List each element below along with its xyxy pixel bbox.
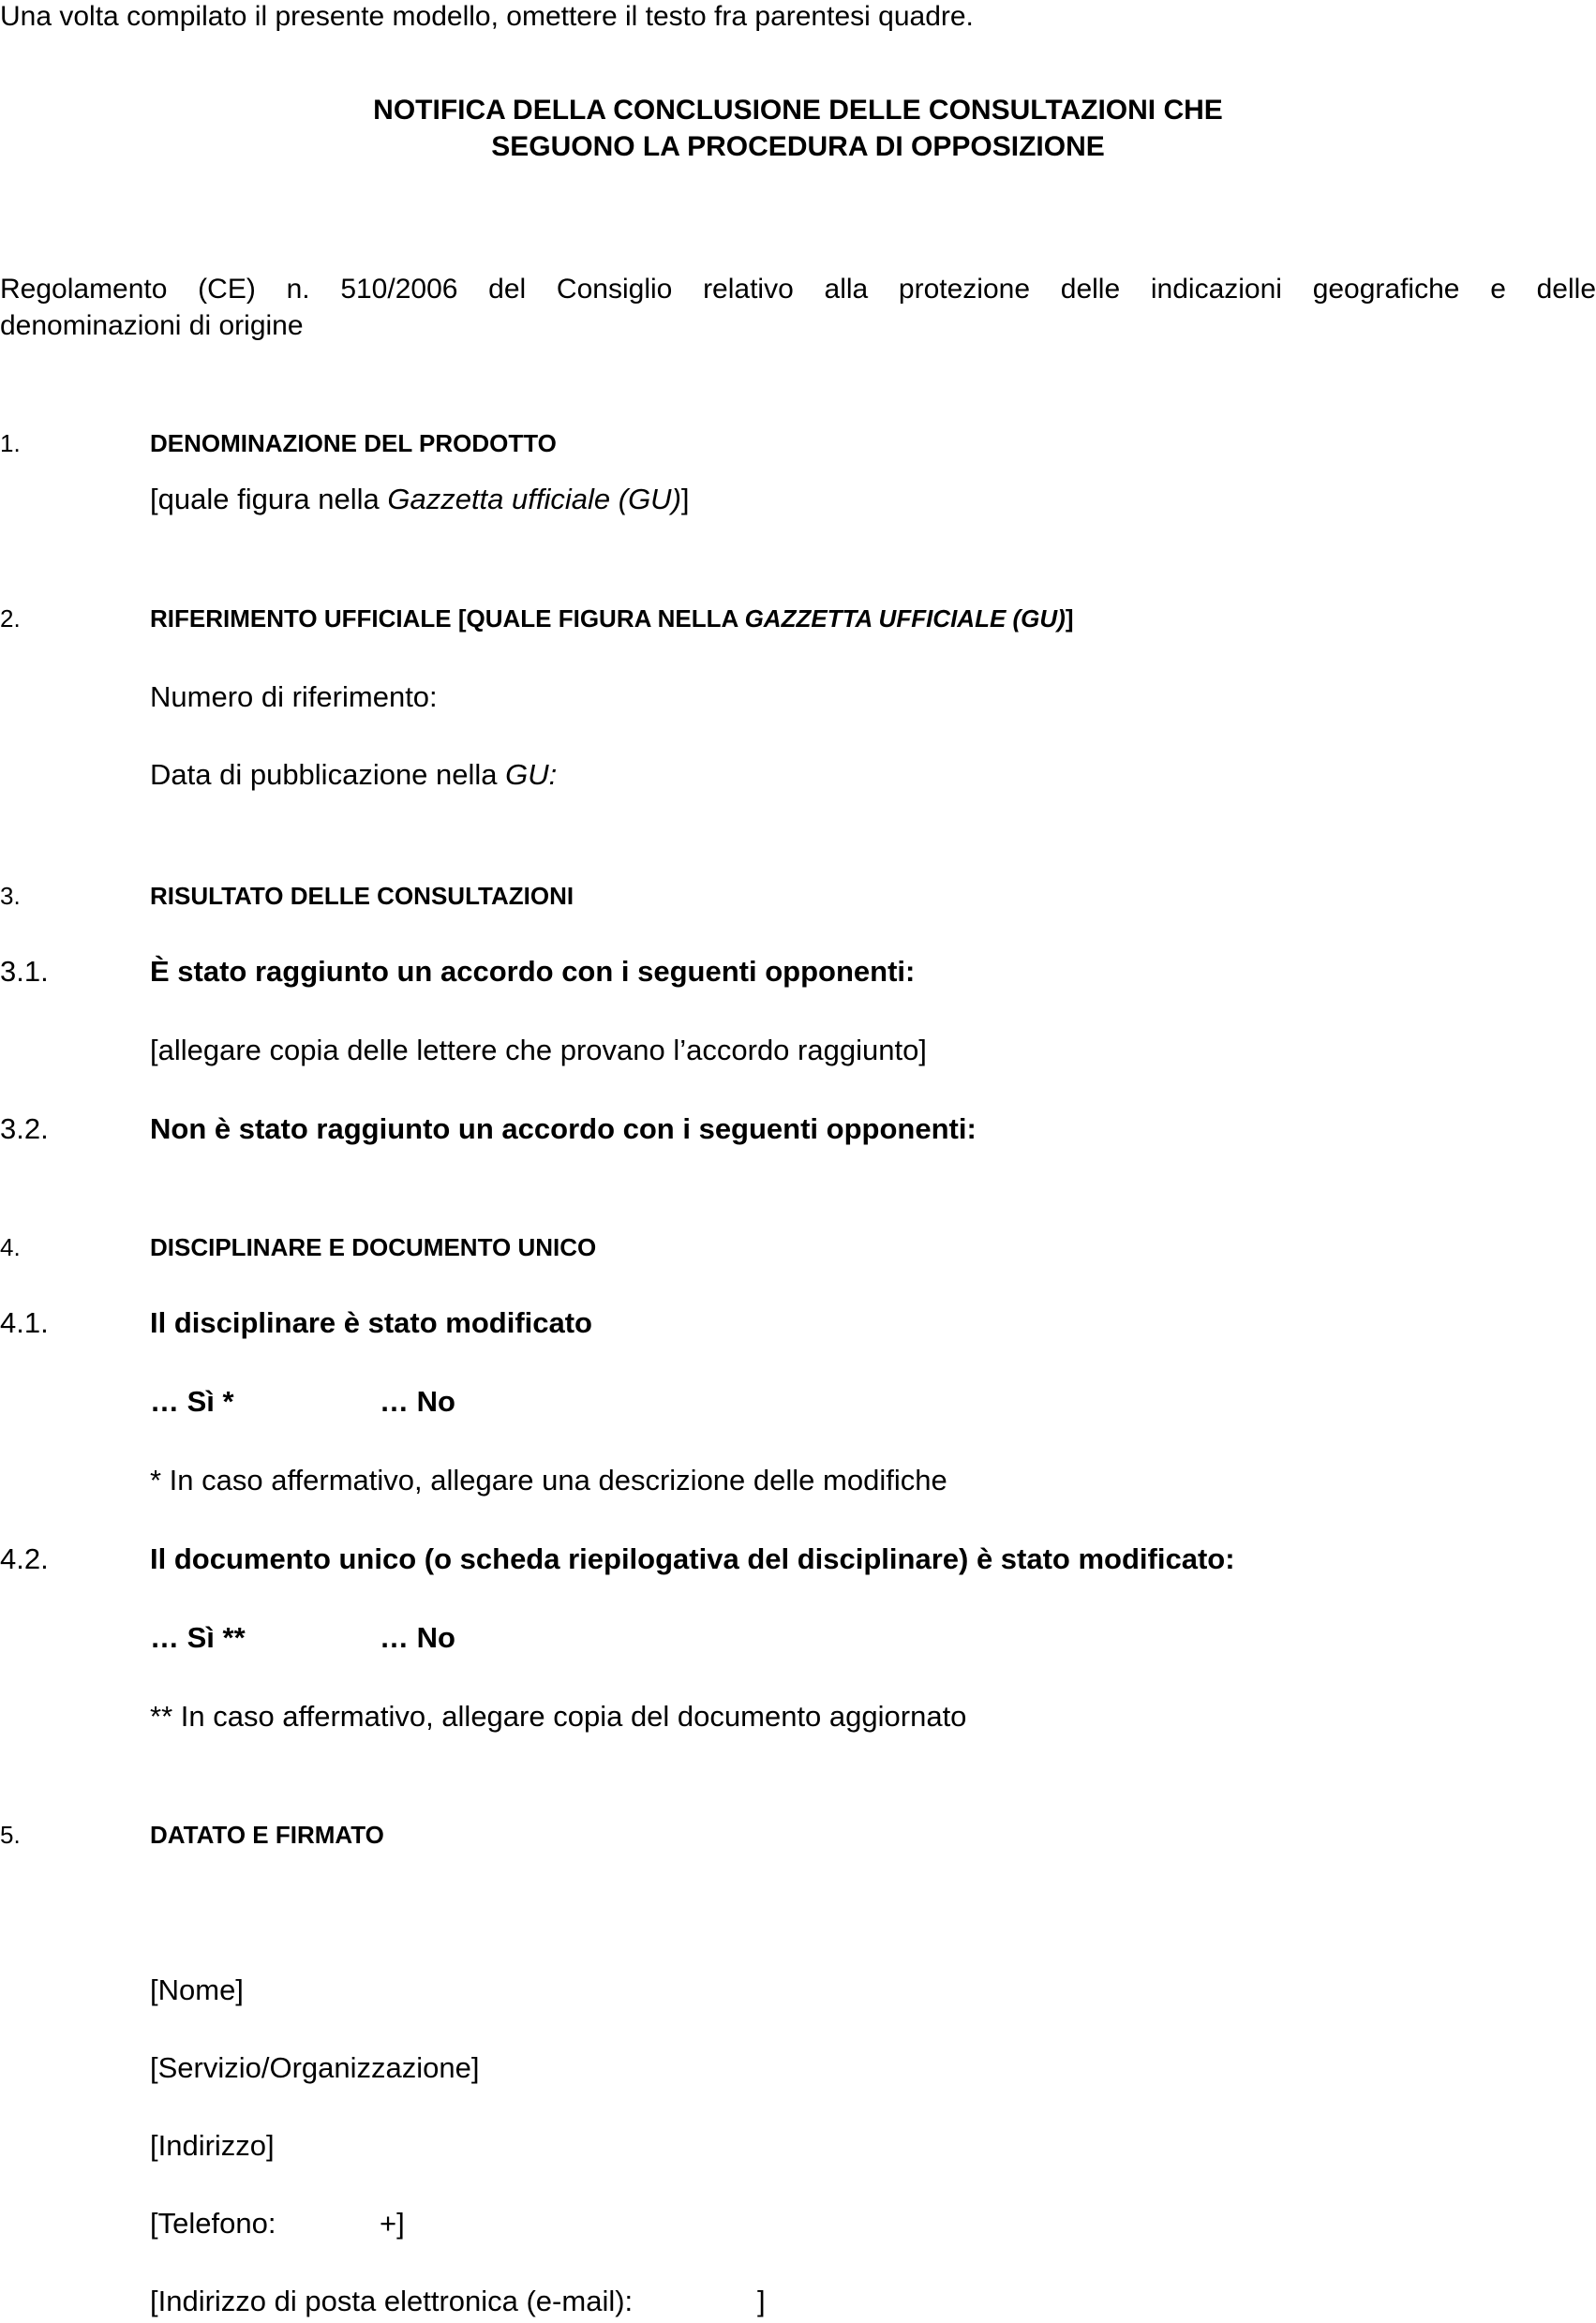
document-title: NOTIFICA DELLA CONCLUSIONE DELLE CONSULT… (0, 92, 1596, 165)
section-1-body-prefix: [quale figura nella (150, 483, 387, 515)
regulation-line-1: Regolamento (CE) n. 510/2006 del Consigl… (0, 271, 1596, 307)
section-5-number: 5. (0, 1821, 21, 1850)
section-4-1-option-yes[interactable]: … Sì * (150, 1385, 234, 1419)
regulation-reference: Regolamento (CE) n. 510/2006 del Consigl… (0, 271, 1596, 344)
section-4-2-option-yes[interactable]: … Sì ** (150, 1621, 246, 1655)
section-3-heading: RISULTATO DELLE CONSULTAZIONI (150, 882, 574, 911)
section-1-body-italic: Gazzetta ufficiale (GU) (387, 483, 681, 515)
section-1-heading: DENOMINAZIONE DEL PRODOTTO (150, 429, 557, 458)
section-3-1-body: [allegare copia delle lettere che provan… (150, 1034, 927, 1067)
section-4-2-heading: Il documento unico (o scheda riepilogati… (150, 1542, 1235, 1576)
intro-note: Una volta compilato il presente modello,… (0, 0, 974, 34)
section-2-heading-suffix: ] (1066, 604, 1074, 633)
section-4-1-heading: Il disciplinare è stato modificato (150, 1306, 592, 1340)
regulation-line-2: denominazioni di origine (0, 307, 1596, 344)
signatory-address: [Indirizzo] (150, 2129, 275, 2163)
signatory-name: [Nome] (150, 1973, 244, 2007)
section-4-2-note: ** In caso affermativo, allegare copia d… (150, 1700, 966, 1734)
section-3-2-heading: Non è stato raggiunto un accordo con i s… (150, 1112, 977, 1146)
title-line-1: NOTIFICA DELLA CONCLUSIONE DELLE CONSULT… (0, 92, 1596, 128)
signatory-organization: [Servizio/Organizzazione] (150, 2051, 480, 2085)
section-5-heading: DATATO E FIRMATO (150, 1821, 384, 1850)
section-4-heading: DISCIPLINARE E DOCUMENTO UNICO (150, 1233, 596, 1262)
section-2-heading-italic: GAZZETTA UFFICIALE (GU) (745, 604, 1066, 633)
publication-date-prefix: Data di pubblicazione nella (150, 758, 505, 791)
section-2-heading-prefix: RIFERIMENTO UFFICIALE [QUALE FIGURA NELL… (150, 604, 745, 633)
section-2-heading: RIFERIMENTO UFFICIALE [QUALE FIGURA NELL… (150, 604, 1074, 633)
signatory-phone-value: +] (380, 2207, 405, 2241)
publication-date-italic: GU: (505, 758, 557, 791)
section-4-2-number: 4.2. (0, 1542, 49, 1576)
section-3-1-number: 3.1. (0, 955, 49, 989)
section-4-2-option-no[interactable]: … No (380, 1621, 455, 1655)
section-4-number: 4. (0, 1233, 21, 1262)
section-3-number: 3. (0, 882, 21, 911)
section-1-body: [quale figura nella Gazzetta ufficiale (… (150, 483, 690, 516)
title-line-2: SEGUONO LA PROCEDURA DI OPPOSIZIONE (0, 128, 1596, 165)
section-3-1-heading: È stato raggiunto un accordo con i segue… (150, 955, 915, 989)
section-2-number: 2. (0, 604, 21, 633)
publication-date-label: Data di pubblicazione nella GU: (150, 758, 557, 792)
signatory-email-value: ] (757, 2285, 766, 2318)
signatory-phone-label: [Telefono: (150, 2207, 276, 2241)
section-4-1-option-no[interactable]: … No (380, 1385, 455, 1419)
section-1-number: 1. (0, 429, 21, 458)
section-4-1-number: 4.1. (0, 1306, 49, 1340)
signatory-email-label: [Indirizzo di posta elettronica (e-mail)… (150, 2285, 633, 2318)
reference-number-label: Numero di riferimento: (150, 680, 438, 714)
section-1-body-suffix: ] (681, 483, 690, 515)
section-3-2-number: 3.2. (0, 1112, 49, 1146)
section-4-1-note: * In caso affermativo, allegare una desc… (150, 1464, 947, 1497)
